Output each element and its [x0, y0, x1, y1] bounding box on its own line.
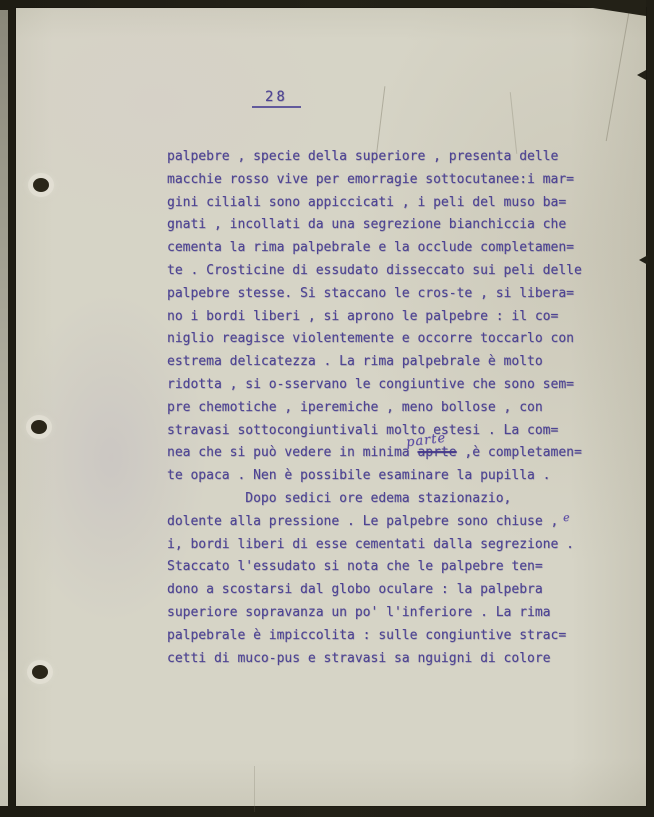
folded-corner	[540, 0, 646, 16]
text-line: te opaca . Nen è possibile esaminare la …	[167, 465, 582, 488]
text-line: ridotta , si o-sservano le congiuntive c…	[167, 374, 582, 397]
text-line: niglio reagisce violentemente e occorre …	[167, 328, 582, 351]
text-line: i, bordi liberi di esse cementati dalla …	[167, 534, 582, 557]
text-line: dono a scostarsi dal globo oculare : la …	[167, 579, 582, 602]
punch-hole	[32, 665, 48, 679]
text-line: superiore sopravanza un po' l'inferiore …	[167, 602, 582, 625]
text-line: pre chemotiche , iperemiche , meno bollo…	[167, 397, 582, 420]
text-line: palpebrale è impiccolita : sulle congiun…	[167, 625, 582, 648]
paper-crease	[254, 766, 255, 812]
punch-hole	[31, 420, 47, 434]
underlying-sheet-edge	[0, 10, 8, 806]
text-line: gini ciliali sono appiccicati , i peli d…	[167, 192, 582, 215]
text-line: palpebre , specie della superiore , pres…	[167, 146, 582, 169]
text-line: Staccato l'essudato si nota che le palpe…	[167, 556, 582, 579]
text-line: Dopo sedici ore edema stazionazio,	[167, 488, 582, 511]
text-line: nea che si può vedere in minima aprte ,è…	[167, 442, 582, 465]
page-number: 28	[252, 89, 301, 108]
edge-tear	[639, 255, 648, 265]
text-line: te . Crosticine di essudato disseccato s…	[167, 260, 582, 283]
scanned-typewritten-page: 28 palpebre , specie della superiore , p…	[0, 0, 654, 817]
handwritten-letter: e	[563, 511, 570, 524]
text-line: no i bordi liberi , si aprono le palpebr…	[167, 306, 582, 329]
typewritten-text: palpebre , specie della superiore , pres…	[167, 146, 582, 670]
edge-tear	[637, 70, 646, 80]
paper-crease	[510, 92, 517, 154]
text-line: macchie rosso vive per emorragie sottocu…	[167, 169, 582, 192]
text-line: palpebre stesse. Si staccano le cros-te …	[167, 283, 582, 306]
text-line: cetti di muco-pus e stravasi sa nguigni …	[167, 648, 582, 671]
text-line: gnati , incollati da una segrezione bian…	[167, 214, 582, 237]
text-line: estrema delicatezza . La rima palpebrale…	[167, 351, 582, 374]
text-line: dolente alla pressione . Le palpebre son…	[167, 511, 582, 534]
text-line: stravasi sottocongiuntivali molto estesi…	[167, 420, 582, 443]
text-line: cementa la rima palpebrale e la occlude …	[167, 237, 582, 260]
punch-hole	[33, 178, 49, 192]
